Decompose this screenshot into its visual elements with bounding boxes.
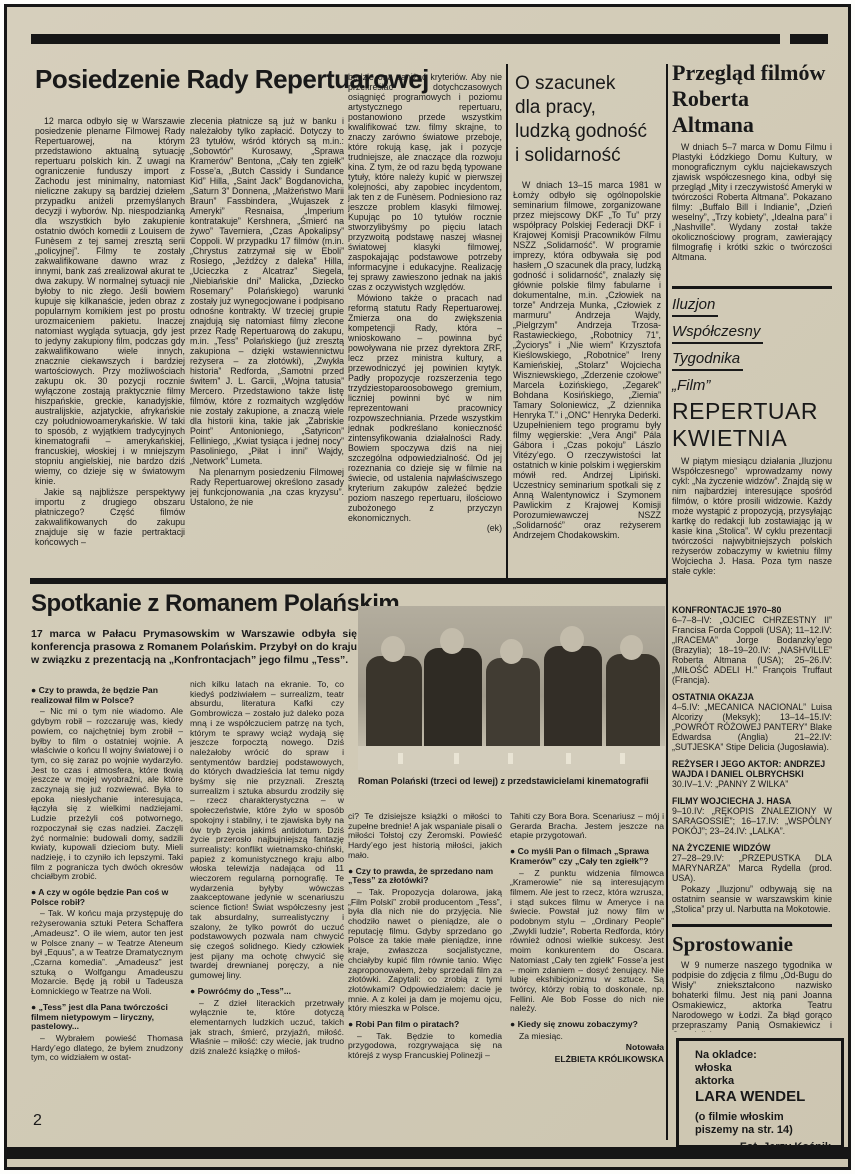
text-block: KONFRONTACJE 1970–80 bbox=[672, 605, 832, 615]
cover-line-3: aktorka bbox=[695, 1075, 841, 1088]
article-szacunek-body: W dniach 13–15 marca 1981 w Łomży odbyło… bbox=[513, 180, 661, 572]
text-block: nich kilku latach na ekranie. To, co kie… bbox=[190, 680, 344, 981]
page-number: 2 bbox=[33, 1112, 42, 1130]
text-block: W 9 numerze naszego tygodnika w podpisie… bbox=[672, 960, 832, 1032]
cover-line-1: Na okladce: bbox=[695, 1049, 841, 1062]
text-block: W dniach 5–7 marca w Domu Filmu i Plasty… bbox=[672, 142, 832, 262]
photo-figure-head bbox=[500, 639, 523, 664]
text-block: Tahiti czy Bora Bora. Scenariusz – mój i… bbox=[510, 812, 664, 841]
text-block: ● Kiedy się znowu zobaczymy? bbox=[510, 1020, 664, 1030]
cover-actress-name: LARA WENDEL bbox=[695, 1088, 841, 1105]
article-rada-col3: będzie ona zaniżać kryteriów. Aby nie pr… bbox=[348, 72, 502, 578]
photo-caption: Roman Polański (trzeci od lewej) z przed… bbox=[358, 776, 665, 786]
article-szacunek-title: O szacunek dla pracy, ludzką godność i s… bbox=[515, 72, 661, 168]
photo-figure-head bbox=[560, 626, 584, 652]
column-divider-rule bbox=[666, 64, 668, 1140]
photo-table bbox=[358, 746, 665, 770]
photo-figure-head bbox=[620, 635, 643, 660]
repertuar-intro: W piątym miesiącu działania „Iluzjonu Ws… bbox=[672, 456, 832, 594]
photo-figure-head bbox=[440, 628, 464, 654]
repertuar-title: REPERTUAR KWIETNIA bbox=[672, 398, 832, 452]
interview-photo bbox=[358, 606, 665, 770]
text-block: Iluzjon bbox=[672, 297, 718, 317]
top-rule bbox=[31, 34, 780, 44]
text-block: zlecenia płatnicze są już w banku i nale… bbox=[190, 116, 344, 466]
text-block: Na plenarnym posiedzeniu Filmowej Rady R… bbox=[190, 467, 344, 507]
article-rada-col2: zlecenia płatnicze są już w banku i nale… bbox=[190, 116, 344, 578]
text-block: W piątym miesiącu działania „Iluzjonu Ws… bbox=[672, 456, 832, 576]
text-block: 6–7–8–IV: „OJCIEC CHRZESTNY II” Francisa… bbox=[672, 615, 832, 685]
text-block: (ek) bbox=[348, 523, 502, 533]
altman-divider-rule bbox=[672, 286, 832, 289]
section-divider-rule bbox=[30, 578, 667, 584]
photo-figure-head bbox=[381, 636, 405, 662]
top-rule-end bbox=[790, 34, 828, 44]
text-block: ELŻBIETA KRÓLIKOWSKA bbox=[510, 1055, 664, 1065]
photo-figure bbox=[424, 648, 482, 748]
photo-figure bbox=[606, 654, 660, 748]
sprostowanie-rule bbox=[672, 924, 832, 927]
text-block: Jakie są najbliższe perspektywy importu … bbox=[35, 487, 185, 547]
sprostowanie-title: Sprostowanie bbox=[672, 932, 832, 957]
text-block: REŻYSER I JEGO AKTOR: ANDRZEJ WAJDA I DA… bbox=[672, 759, 832, 779]
photo-figure bbox=[544, 646, 602, 748]
interview-col1: ● Czy to prawda, że będzie Pan realizowa… bbox=[31, 680, 183, 1108]
text-block: – Z dzieł literackich przetrwały wyłączn… bbox=[190, 999, 344, 1057]
text-block: – Tak. Propozycja dolarowa, jaką „Film P… bbox=[348, 888, 502, 1014]
text-block: 12 marca odbyło się w Warszawie posiedze… bbox=[35, 116, 185, 486]
szacunek-left-rule bbox=[506, 64, 508, 578]
text-block: – Tak. Będzie to komedia przygodowa, roz… bbox=[348, 1032, 502, 1061]
text-block: FILMY WOJCIECHA J. HASA bbox=[672, 796, 832, 806]
newspaper-page: Posiedzenie Rady Repertuarowej 12 marca … bbox=[0, 0, 855, 1174]
text-block: ● Co myśli Pan o filmach „Sprawa Krameró… bbox=[510, 847, 664, 866]
article-altman-body: W dniach 5–7 marca w Domu Filmu i Plasty… bbox=[672, 142, 832, 282]
article-rada-col1: 12 marca odbyło się w Warszawie posiedze… bbox=[35, 116, 185, 578]
photo-glass bbox=[398, 753, 403, 764]
text-block: – Wybrałem powieść Thomasa Hardy’ego dla… bbox=[31, 1034, 183, 1063]
photo-figure bbox=[486, 658, 540, 748]
text-block: W dniach 13–15 marca 1981 w Łomży odbyło… bbox=[513, 180, 661, 540]
text-block: Współczesny bbox=[672, 324, 763, 344]
text-block: – Tak. W końcu maja przystępuję do reżys… bbox=[31, 909, 183, 996]
text-block: ● Robi Pan film o piratach? bbox=[348, 1020, 502, 1030]
text-block: Pokazy „Iluzjonu” odbywają się na ostatn… bbox=[672, 884, 832, 914]
text-block: 30.IV–1.V: „PANNY Z WILKA” bbox=[672, 779, 832, 789]
repertuar-program: KONFRONTACJE 1970–806–7–8–IV: „OJCIEC CH… bbox=[672, 598, 832, 920]
cover-note-box: Na okladce: włoska aktorka LARA WENDEL (… bbox=[676, 1038, 844, 1148]
cinema-name-list: IluzjonWspółczesnyTygodnika„Film” bbox=[672, 297, 832, 403]
cover-line-2: włoska bbox=[695, 1062, 841, 1075]
photo-glass bbox=[454, 753, 459, 764]
photo-glass bbox=[508, 753, 513, 764]
text-block: ● Powróćmy do „Tess”... bbox=[190, 987, 344, 997]
text-block: Tygodnika bbox=[672, 351, 743, 371]
text-block: OSTATNIA OKAZJA bbox=[672, 692, 832, 702]
interview-lead: 17 marca w Pałacu Prymasowskim w Warszaw… bbox=[31, 628, 357, 667]
text-block: 4–5.IV: „MECANICA NACIONAL” Luisa Alcori… bbox=[672, 702, 832, 752]
text-block: „Film” bbox=[672, 378, 713, 396]
photo-figure bbox=[366, 656, 422, 748]
text-block: 9–10.IV: „RĘKOPIS ZNALEZIONY W SARAGOSSI… bbox=[672, 806, 832, 836]
cover-note: (o filmie włoskim piszemy na str. 14) bbox=[695, 1111, 841, 1137]
text-block: będzie ona zaniżać kryteriów. Aby nie pr… bbox=[348, 72, 502, 292]
article-altman-title: Przegląd filmów Roberta Altmana bbox=[672, 60, 832, 138]
text-block: ● A czy w ogóle będzie Pan coś w Polsce … bbox=[31, 888, 183, 907]
text-block: ● Czy to prawda, że będzie Pan realizowa… bbox=[31, 686, 183, 705]
photo-glass bbox=[620, 753, 625, 764]
interview-col2: nich kilku latach na ekranie. To, co kie… bbox=[190, 680, 344, 1132]
text-block: Za miesiąc. bbox=[510, 1032, 664, 1042]
interview-col3: ci? Te dzisiejsze książki o miłości to z… bbox=[348, 812, 502, 1130]
text-block: Mówiono także o pracach nad reformą stat… bbox=[348, 293, 502, 523]
text-block: ● „Tess” jest dla Pana twórczości filmem… bbox=[31, 1003, 183, 1032]
text-block: NA ŻYCZENIE WIDZÓW bbox=[672, 843, 832, 853]
text-block: ci? Te dzisiejsze książki o miłości to z… bbox=[348, 812, 502, 861]
sprostowanie-body: W 9 numerze naszego tygodnika w podpisie… bbox=[672, 960, 832, 1032]
text-block: – Z punktu widzenia filmowca „Kramerowie… bbox=[510, 869, 664, 1015]
text-block: ● Czy to prawda, że sprzedano nam „Tess”… bbox=[348, 867, 502, 886]
photo-glass bbox=[566, 753, 571, 764]
text-block: Notowała bbox=[510, 1043, 664, 1053]
interview-col4: Tahiti czy Bora Bora. Scenariusz – mój i… bbox=[510, 812, 664, 1130]
bottom-rule bbox=[7, 1147, 848, 1159]
text-block: 27–28–29.IV: „PRZEPUSTKA DLA MARYNARZA” … bbox=[672, 853, 832, 883]
text-block: – Nic mi o tym nie wiadomo. Ale gdybym r… bbox=[31, 707, 183, 882]
